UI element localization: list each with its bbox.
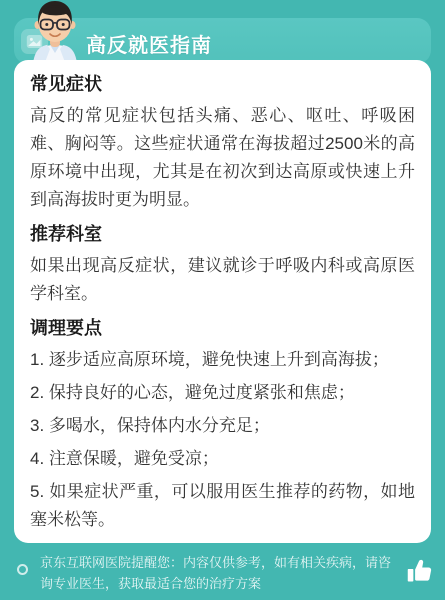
- disclaimer-text: 京东互联网医院提醒您：内容仅供参考，如有相关疾病，请咨询专业医生，获取最适合您的…: [40, 552, 402, 594]
- content-card: 常见症状 高反的常见症状包括头痛、恶心、呕吐、呼吸困难、胸闷等。这些症状通常在海…: [14, 60, 431, 543]
- section-heading-symptoms: 常见症状: [30, 72, 415, 96]
- tip-item-3: 3. 多喝水，保持体内水分充足；: [30, 412, 415, 440]
- page-title: 高反就医指南: [86, 29, 212, 58]
- guide-card: 高反就医指南 常见症状 高反的常见症状包括头痛、恶心、呕吐、呼吸困难、胸闷等。这…: [0, 0, 445, 600]
- tip-item-2: 2. 保持良好的心态，避免过度紧张和焦虑；: [30, 379, 415, 407]
- footer: 京东互联网医院提醒您：内容仅供参考，如有相关疾病，请咨询专业医生，获取最适合您的…: [0, 543, 445, 600]
- thumbs-up-icon[interactable]: [406, 557, 434, 585]
- section-heading-department: 推荐科室: [30, 222, 415, 246]
- tip-item-5: 5. 如果症状严重，可以服用医生推荐的药物，如地塞米松等。: [30, 478, 415, 534]
- symptoms-paragraph: 高反的常见症状包括头痛、恶心、呕吐、呼吸困难、胸闷等。这些症状通常在海拔超过25…: [30, 102, 415, 214]
- section-heading-tips: 调理要点: [30, 316, 415, 340]
- department-paragraph: 如果出现高反症状，建议就诊于呼吸内科或高原医学科室。: [30, 252, 415, 308]
- doctor-avatar: [28, 0, 82, 65]
- tip-item-1: 1. 逐步适应高原环境，避免快速上升到高海拔；: [30, 346, 415, 374]
- tip-item-4: 4. 注意保暖，避免受凉；: [30, 445, 415, 473]
- ring-icon: [17, 564, 28, 575]
